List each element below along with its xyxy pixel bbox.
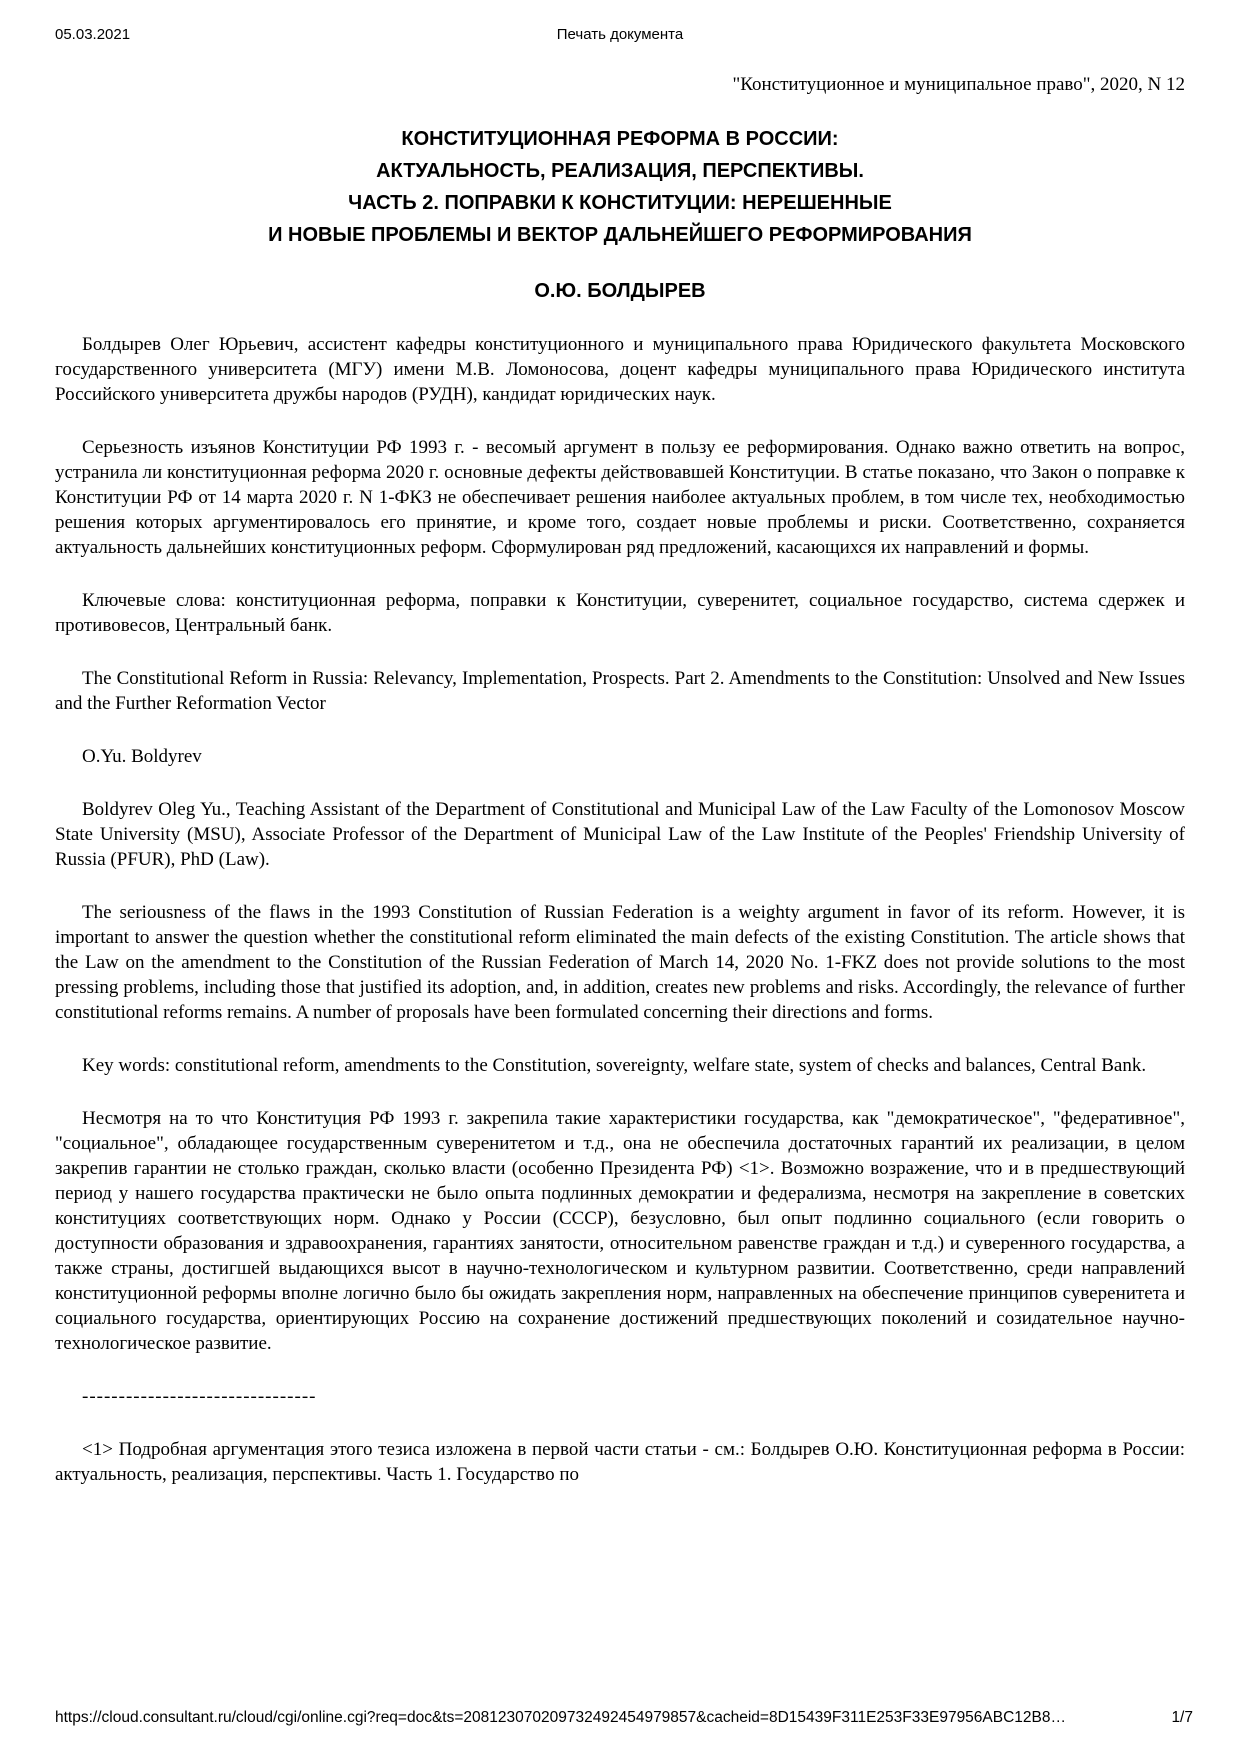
- article-title: КОНСТИТУЦИОННАЯ РЕФОРМА В РОССИИ: АКТУАЛ…: [55, 123, 1185, 251]
- source-url: https://cloud.consultant.ru/cloud/cgi/on…: [55, 1708, 1066, 1727]
- document-content: "Конституционное и муниципальное право",…: [55, 46, 1185, 1487]
- article-title-en: The Constitutional Reform in Russia: Rel…: [55, 666, 1185, 716]
- print-header: 05.03.2021 Печать документа: [55, 26, 1185, 44]
- article-title-line-1: КОНСТИТУЦИОННАЯ РЕФОРМА В РОССИИ:: [55, 123, 1185, 155]
- author-name-ru: О.Ю. БОЛДЫРЕВ: [55, 279, 1185, 304]
- print-preview-page: 05.03.2021 Печать документа "Конституцио…: [0, 0, 1241, 1755]
- body-paragraph-1: Несмотря на то что Конституция РФ 1993 г…: [55, 1106, 1185, 1356]
- article-title-line-3: ЧАСТЬ 2. ПОПРАВКИ К КОНСТИТУЦИИ: НЕРЕШЕН…: [55, 187, 1185, 219]
- footnote-separator: --------------------------------: [55, 1384, 1185, 1409]
- author-bio-en: Boldyrev Oleg Yu., Teaching Assistant of…: [55, 797, 1185, 872]
- abstract-ru: Серьезность изъянов Конституции РФ 1993 …: [55, 435, 1185, 560]
- journal-reference: "Конституционное и муниципальное право",…: [55, 72, 1185, 97]
- abstract-en: The seriousness of the flaws in the 1993…: [55, 900, 1185, 1025]
- article-title-line-2: АКТУАЛЬНОСТЬ, РЕАЛИЗАЦИЯ, ПЕРСПЕКТИВЫ.: [55, 155, 1185, 187]
- author-name-en: O.Yu. Boldyrev: [55, 744, 1185, 769]
- author-bio-ru: Болдырев Олег Юрьевич, ассистент кафедры…: [55, 332, 1185, 407]
- keywords-ru: Ключевые слова: конституционная реформа,…: [55, 588, 1185, 638]
- print-page-title: Печать документа: [55, 26, 1185, 44]
- keywords-en: Key words: constitutional reform, amendm…: [55, 1053, 1185, 1078]
- footnote-1: <1> Подробная аргументация этого тезиса …: [55, 1437, 1185, 1487]
- print-footer: https://cloud.consultant.ru/cloud/cgi/on…: [55, 1708, 1193, 1727]
- page-number: 1/7: [1171, 1708, 1193, 1727]
- article-title-line-4: И НОВЫЕ ПРОБЛЕМЫ И ВЕКТОР ДАЛЬНЕЙШЕГО РЕ…: [55, 219, 1185, 251]
